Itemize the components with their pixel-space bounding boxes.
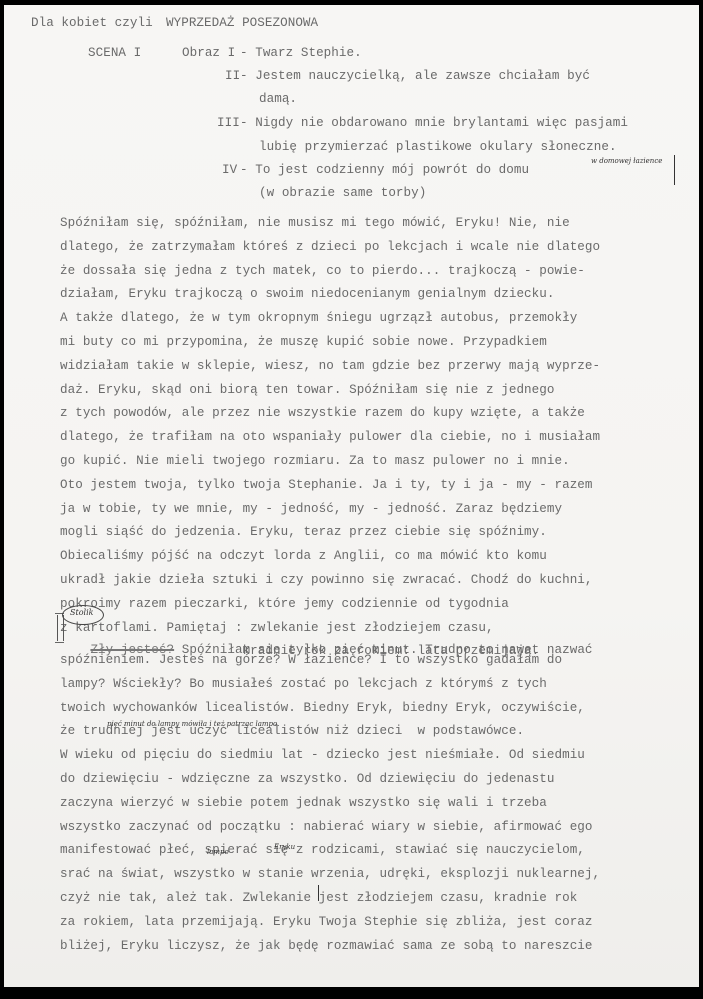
body-line: dlatego, że trafiłam na oto wspaniały pu…	[60, 430, 600, 444]
body-line: widziałam takie w sklepie, wiesz, no tam…	[60, 359, 600, 373]
body-line: dlatego, że zatrzymałam któreś z dzieci …	[60, 240, 600, 254]
image-1-numeral: Obraz I	[182, 46, 235, 60]
handwritten-insertion-stroke	[318, 885, 319, 901]
handwritten-note-image-4: w domowej łazience	[591, 157, 662, 165]
section-two-line: srać na świat, wszystko w stanie wrzenia…	[60, 867, 600, 881]
image-2-text: - Jestem nauczycielką, ale zawsze chciał…	[240, 69, 590, 83]
body-line: daż. Eryku, skąd oni biorą ten towar. Sp…	[60, 383, 555, 397]
image-1-text: - Twarz Stephie.	[240, 46, 362, 60]
document-title: WYPRZEDAŻ POSEZONOWA	[166, 16, 318, 30]
body-line: go kupić. Nie mieli twojego rozmiaru. Za…	[60, 454, 570, 468]
handwritten-note-lampo: lampo	[207, 848, 229, 856]
section-two-line: W wieku od pięciu do siedmiu lat - dziec…	[60, 748, 585, 762]
body-line: działam, Eryku trajkoczą o swoim niedoce…	[60, 287, 555, 301]
image-2-numeral: II	[225, 69, 240, 83]
handwritten-inserted-word: Stolik	[70, 608, 93, 617]
handwritten-note-eryku: Eryku	[274, 843, 295, 851]
body-line: ukradł jakie dzieła sztuki i czy powinno…	[60, 573, 593, 587]
body-line: A także dlatego, że w tym okropnym śnieg…	[60, 311, 577, 325]
scene-label: SCENA I	[88, 46, 141, 60]
image-4-numeral: IV	[222, 163, 237, 177]
image-2-continuation: damą.	[259, 92, 297, 106]
section-two-line: zaczyna wierzyć w siebie potem jednak ws…	[60, 796, 547, 810]
section-two-line: manifestować płeć, spierać się z rodzica…	[60, 843, 585, 857]
handwritten-vertical-stroke	[674, 155, 675, 185]
image-4-text: - To jest codzienny mój powrót do domu	[240, 163, 529, 177]
section-two-line: bliżej, Eryku liczysz, że jak będę rozma…	[60, 939, 593, 953]
section-two-line: twoich wychowanków licealistów. Biedny E…	[60, 701, 585, 715]
body-line: Obiecaliśmy pójść na odczyt lorda z Angl…	[60, 549, 547, 563]
typed-document-page: Dla kobiet czyli WYPRZEDAŻ POSEZONOWA SC…	[4, 5, 699, 987]
section-two-line: do dziewięciu - wdzięczne za wszystko. O…	[60, 772, 555, 786]
body-line: mogli siąść do jedzenia. Eryku, teraz pr…	[60, 525, 547, 539]
image-3-text: - Nigdy nie obdarowano mnie brylantami w…	[240, 116, 628, 130]
handwritten-note-above-w-wieku: pięć minut do lampy mówiła i też patrząc…	[107, 720, 279, 728]
section-two-line: wszystko zaczynać od początku : nabierać…	[60, 820, 593, 834]
image-4-continuation: (w obrazie same torby)	[259, 186, 426, 200]
section-two-line: spóźnieniem. Jesteś na górze? W łazience…	[60, 653, 562, 667]
body-line: ja w tobie, ty we mnie, my - jedność, my…	[60, 502, 562, 516]
image-3-continuation: lubię przymierzać plastikowe okulary sło…	[259, 140, 617, 154]
section-two-line: za rokiem, lata przemijają. Eryku Twoja …	[60, 915, 593, 929]
image-3-numeral: III	[217, 116, 240, 130]
body-line: Oto jestem twoja, tylko twoja Stephanie.…	[60, 478, 593, 492]
body-line: Spóźniłam się, spóźniłam, nie musisz mi …	[60, 216, 570, 230]
body-line: pokroimy razem pieczarki, które jemy cod…	[60, 597, 509, 611]
body-line: z tych powodów, ale przez nie wszystkie …	[60, 406, 585, 420]
document-title-prefix: Dla kobiet czyli	[31, 16, 153, 30]
section-two-line: lampy? Wściekły? Bo musiałeś zostać po l…	[60, 677, 547, 691]
body-line: mi buty co mi przypomina, że muszę kupić…	[60, 335, 547, 349]
body-line: że dossała się jedna z tych matek, co to…	[60, 264, 585, 278]
